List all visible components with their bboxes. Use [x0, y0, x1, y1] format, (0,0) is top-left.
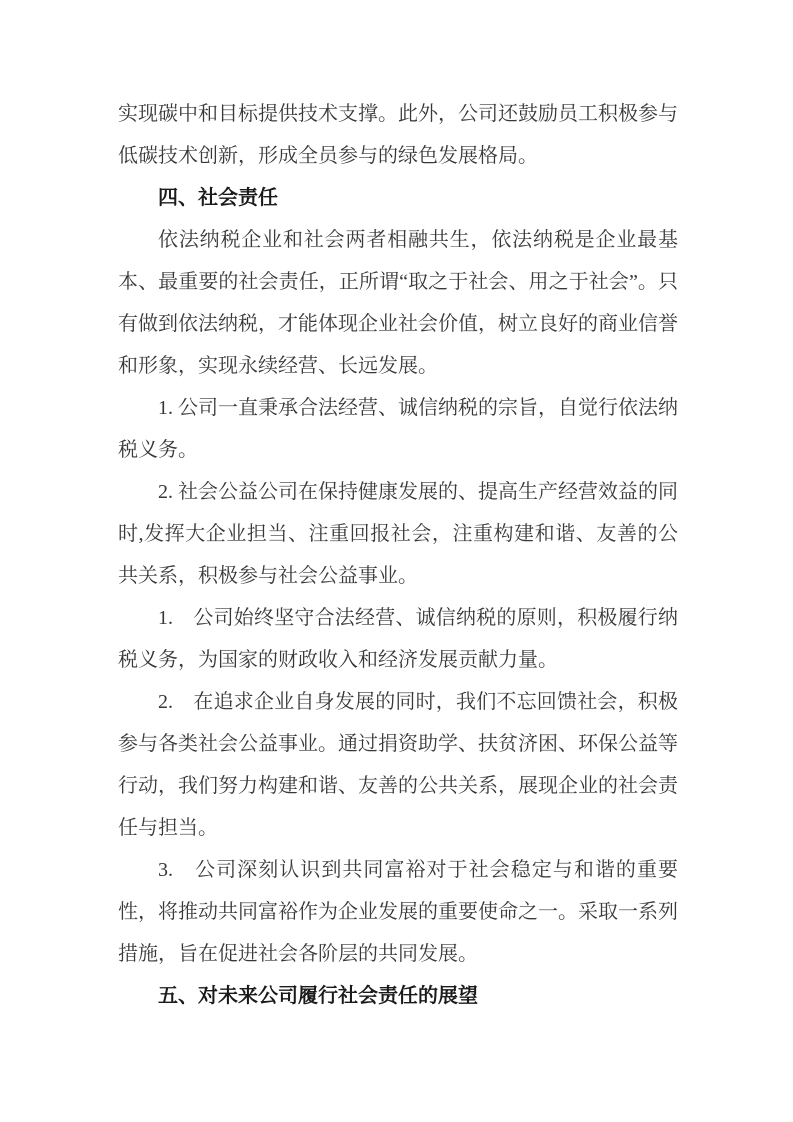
document-page: 实现碳中和目标提供技术支撑。此外，公司还鼓励员工积极参与低碳技术创新，形成全员参…: [0, 0, 793, 1122]
paragraph: 1. 公司一直秉承合法经营、诚信纳税的宗旨，自觉行依法纳税义务。: [118, 387, 678, 471]
paragraph: 3. 公司深刻认识到共同富裕对于社会稳定与和谐的重要性，将推动共同富裕作为企业发…: [118, 849, 678, 975]
paragraph: 实现碳中和目标提供技术支撑。此外，公司还鼓励员工积极参与低碳技术创新，形成全员参…: [118, 93, 678, 177]
paragraph: 依法纳税企业和社会两者相融共生，依法纳税是企业最基本、最重要的社会责任，正所谓“…: [118, 219, 678, 387]
section-heading: 五、对未来公司履行社会责任的展望: [118, 975, 678, 1017]
document-body: 实现碳中和目标提供技术支撑。此外，公司还鼓励员工积极参与低碳技术创新，形成全员参…: [118, 93, 678, 1017]
paragraph: 2. 社会公益公司在保持健康发展的、提高生产经营效益的同时,发挥大企业担当、注重…: [118, 471, 678, 597]
paragraph: 1. 公司始终坚守合法经营、诚信纳税的原则，积极履行纳税义务，为国家的财政收入和…: [118, 597, 678, 681]
paragraph: 2. 在追求企业自身发展的同时，我们不忘回馈社会，积极参与各类社会公益事业。通过…: [118, 681, 678, 849]
section-heading: 四、社会责任: [118, 177, 678, 219]
